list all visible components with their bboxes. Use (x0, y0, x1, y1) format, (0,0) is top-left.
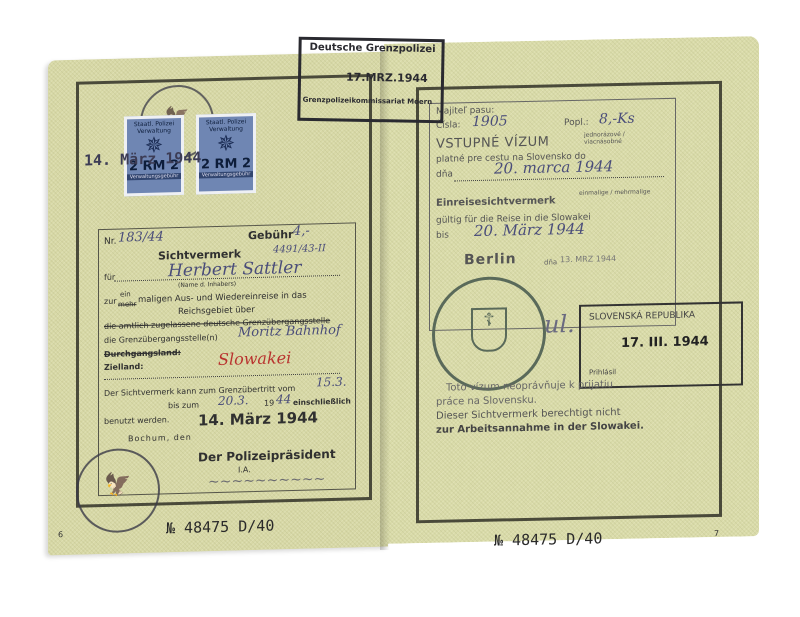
date-stamp: 14. März 1944 (84, 148, 201, 169)
trip-text-2: Reichsgebiet über (178, 305, 255, 317)
eagle-icon: 🦅 (78, 472, 158, 499)
slovak-cross-shield-icon: ☦ (471, 307, 507, 352)
page-number: 7 (714, 529, 719, 538)
border-police-stamp: Deutsche Grenzpolizei 17.MRZ.1944 Grenzp… (297, 37, 444, 124)
fee-label: Popl.: (564, 118, 589, 129)
trip-prefix: zur (104, 297, 117, 306)
border-stamp-line1: Deutsche Grenzpolizei (309, 42, 435, 55)
police-circle-stamp: 🦅 (76, 448, 160, 534)
serial-number: № 48475 D/40 (166, 517, 274, 538)
nr-label: Nr. (104, 237, 116, 247)
place-name: Berlin (464, 251, 517, 268)
serial-number: № 48475 D/40 (494, 529, 602, 549)
passport-page-left: 🦅 Staatl. Polizei Verwaltung ✵ 2 RM 2 Ve… (48, 52, 388, 556)
dest-label: Zielland: (104, 362, 143, 372)
border-stamp-line3: Grenzpolizeikommissariat Moern (303, 96, 433, 106)
trip-option-once: ein (120, 290, 131, 298)
entry-stamp: SLOVENSKÁ REPUBLIKA 17. III. 1944 Prihlá… (579, 301, 743, 388)
nr-value: 183/44 (118, 229, 164, 245)
revenue-stamp: Staatl. Polizei Verwaltung ✵ 2 RM 2 Verw… (196, 113, 256, 195)
signature: ~~~~~~~~~~ (208, 471, 325, 490)
dest-value: Slowakei (218, 348, 291, 369)
de-until-label: bis (436, 231, 449, 241)
eagle-swastika-icon: ✵ (199, 132, 253, 157)
valid-date-label: dňa (436, 169, 453, 179)
entry-stamp-footer: Prihlásil (589, 368, 616, 377)
valid-date: 20. marca 1944 (494, 157, 613, 177)
place-date-label: dňa (544, 258, 557, 266)
number-value: 1905 (472, 113, 508, 130)
entry-stamp-date: 17. III. 1944 (621, 334, 709, 351)
trip-option-multi: mehr (118, 300, 136, 308)
border-stamp-date: 17.MRZ.1944 (346, 71, 428, 85)
book-spine (380, 50, 390, 550)
place-date: 13. MRZ 1944 (560, 254, 616, 264)
page-number: 6 (58, 530, 63, 539)
used-text: benutzt werden. (104, 415, 169, 426)
valid-from: 15.3. (316, 375, 347, 390)
inclusive-text: einschließlich (293, 397, 351, 408)
fee-label: Gebühr (248, 228, 293, 242)
issue-date: 14. März 1944 (198, 408, 318, 429)
until-label: bis zum (168, 400, 199, 410)
valid-until: 20.3. (218, 393, 249, 408)
visa-title: VSTUPNÉ VÍZUM (436, 134, 549, 151)
year-value: 44 (276, 392, 291, 406)
consul-signature: ul. (544, 310, 575, 339)
notice-sk-2: práce na Slovensku. (436, 395, 537, 408)
year-prefix: 19 (264, 399, 274, 408)
fee-value: 8,-Ks (599, 111, 635, 128)
type-options: jednorázové / viacnásobné (584, 130, 664, 146)
entry-stamp-header: SLOVENSKÁ REPUBLIKA (589, 310, 695, 322)
place-label: Bochum, den (128, 433, 192, 444)
de-until-date: 20. März 1944 (474, 220, 585, 240)
ref-number: 4491/43-II (273, 243, 326, 255)
fee-value: 4,- (293, 224, 310, 239)
crossing-value: Moritz Bahnhof (238, 323, 341, 341)
